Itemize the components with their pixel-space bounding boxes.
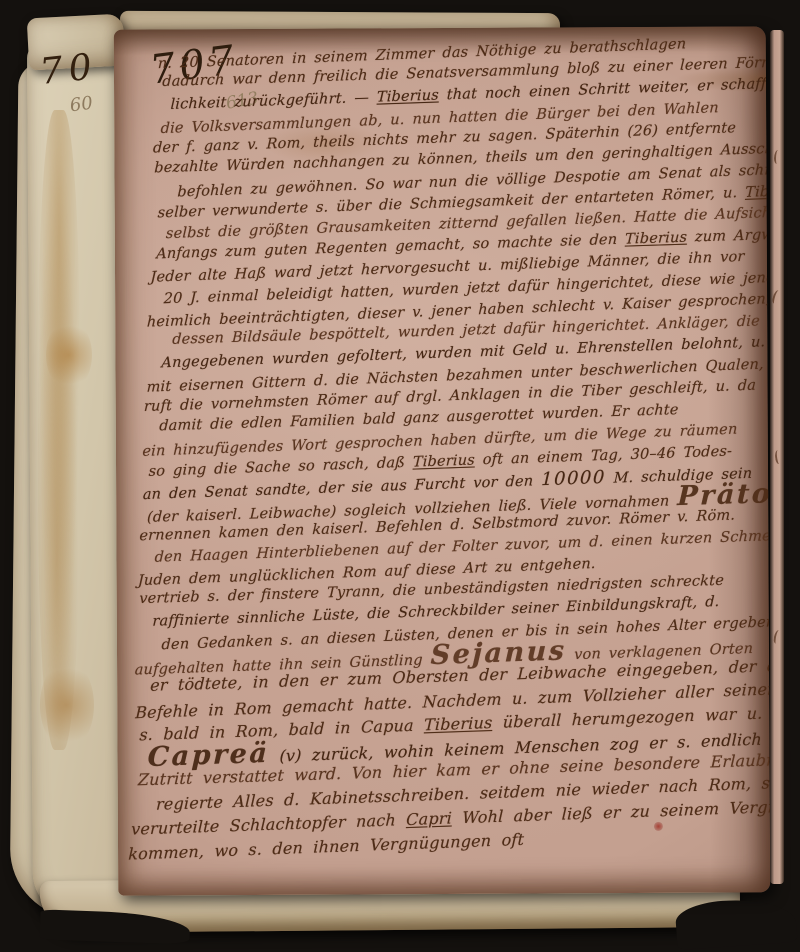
display-word: Prätorianer [677, 474, 770, 511]
underlined-word: Tiberius [413, 452, 476, 470]
page-number-previous-leaf-pencil: 60 [69, 94, 94, 115]
manuscript-page: 707 613 n. 20 Senatoren in seinem Zimmer… [114, 26, 771, 895]
partial-letter-stroke [773, 630, 782, 645]
text-segment: 10000 [541, 467, 606, 490]
underlined-word: Tiberius [745, 182, 770, 200]
underlined-word: Tiberius [424, 712, 493, 733]
underlined-word: Tiberius [377, 87, 440, 105]
partial-letter-stroke [774, 449, 783, 464]
partial-letter-stroke [774, 150, 781, 164]
text-segment: zum Argwohn [687, 226, 770, 246]
manuscript-text: n. 20 Senatoren in seinem Zimmer das Nöt… [128, 30, 770, 865]
underlined-word: Capri [406, 808, 452, 829]
partial-letter-stroke [771, 289, 781, 304]
facing-page-sliver [770, 30, 784, 884]
text-segment: lichkeit zurückgeführt. — [170, 90, 377, 113]
manuscript-photo: 70 60 707 613 n. 20 Senatoren in seinem … [0, 0, 800, 952]
page-number-previous-leaf: 70 [38, 49, 99, 91]
underlined-word: Tiberius [625, 229, 688, 247]
